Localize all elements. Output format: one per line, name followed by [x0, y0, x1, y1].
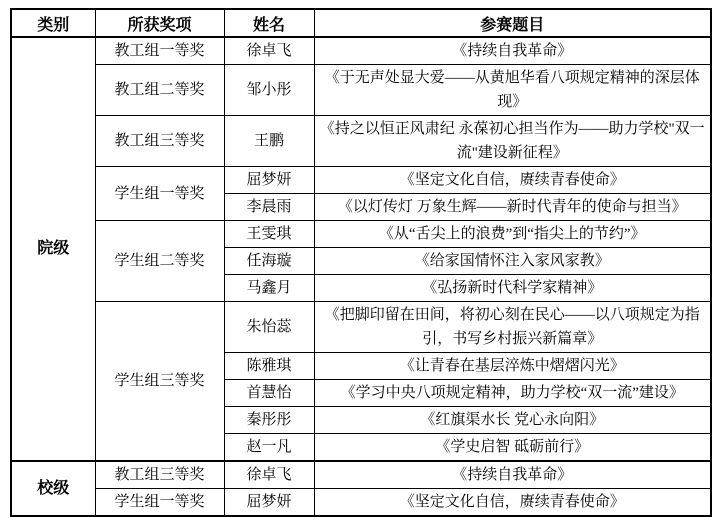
award-cell: 学生组三等奖: [95, 302, 224, 462]
name-cell: 秦彤彤: [224, 407, 314, 434]
name-cell: 屈梦妍: [224, 489, 314, 517]
name-cell: 朱怡蕊: [224, 302, 314, 353]
name-cell: 首慧怡: [224, 380, 314, 407]
award-cell: 教工组二等奖: [95, 65, 224, 116]
header-award: 所获奖项: [95, 9, 224, 37]
award-cell: 学生组二等奖: [95, 221, 224, 302]
topic-cell: 《于无声处显大爱——从黄旭华看八项规定精神的深层体现》: [314, 65, 711, 116]
table-row: 教工组三等奖王鹏《持之以恒正风肃纪 永葆初心担当作为——助力学校"双一流"建设新…: [11, 116, 711, 167]
name-cell: 王鹏: [224, 116, 314, 167]
topic-cell: 《坚定文化自信，赓续青春使命》: [314, 489, 711, 517]
topic-cell: 《学史启智 砥砺前行》: [314, 434, 711, 462]
table-row: 学生组一等奖屈梦妍《坚定文化自信，赓续青春使命》: [11, 167, 711, 194]
header-topic: 参赛题目: [314, 9, 711, 37]
table-row: 学生组三等奖朱怡蕊《把脚印留在田间，将初心刻在民心——以八项规定为指引，书写乡村…: [11, 302, 711, 353]
name-cell: 任海璇: [224, 248, 314, 275]
name-cell: 赵一凡: [224, 434, 314, 462]
table-row: 教工组二等奖邹小彤《于无声处显大爱——从黄旭华看八项规定精神的深层体现》: [11, 65, 711, 116]
topic-cell: 《弘扬新时代科学家精神》: [314, 275, 711, 302]
topic-cell: 《学习中央八项规定精神，助力学校“双一流”建设》: [314, 380, 711, 407]
table-header: 类别 所获奖项 姓名 参赛题目: [11, 9, 711, 37]
category-cell: 校级: [11, 461, 95, 516]
topic-cell: 《从“舌尖上的浪费”到“指尖上的节约”》: [314, 221, 711, 248]
award-cell: 教工组三等奖: [95, 116, 224, 167]
award-cell: 学生组一等奖: [95, 167, 224, 221]
name-cell: 屈梦妍: [224, 167, 314, 194]
award-table: 类别 所获奖项 姓名 参赛题目 院级教工组一等奖徐卓飞《持续自我革命》教工组二等…: [10, 8, 712, 517]
name-cell: 陈雅琪: [224, 353, 314, 380]
award-cell: 教工组一等奖: [95, 37, 224, 65]
category-cell: 院级: [11, 37, 95, 461]
topic-cell: 《以灯传灯 万象生辉——新时代青年的使命与担当》: [314, 194, 711, 221]
award-cell: 学生组一等奖: [95, 489, 224, 517]
topic-cell: 《让青春在基层淬炼中熠熠闪光》: [314, 353, 711, 380]
topic-cell: 《持续自我革命》: [314, 37, 711, 65]
topic-cell: 《坚定文化自信，赓续青春使命》: [314, 167, 711, 194]
table-row: 院级教工组一等奖徐卓飞《持续自我革命》: [11, 37, 711, 65]
topic-cell: 《把脚印留在田间，将初心刻在民心——以八项规定为指引，书写乡村振兴新篇章》: [314, 302, 711, 353]
topic-cell: 《持续自我革命》: [314, 461, 711, 489]
name-cell: 李晨雨: [224, 194, 314, 221]
table-row: 校级教工组三等奖徐卓飞《持续自我革命》: [11, 461, 711, 489]
table-row: 学生组二等奖王雯琪《从“舌尖上的浪费”到“指尖上的节约”》: [11, 221, 711, 248]
name-cell: 徐卓飞: [224, 461, 314, 489]
header-name: 姓名: [224, 9, 314, 37]
name-cell: 王雯琪: [224, 221, 314, 248]
name-cell: 徐卓飞: [224, 37, 314, 65]
topic-cell: 《红旗渠水长 党心永向阳》: [314, 407, 711, 434]
name-cell: 邹小彤: [224, 65, 314, 116]
award-cell: 教工组三等奖: [95, 461, 224, 489]
table-row: 学生组一等奖屈梦妍《坚定文化自信，赓续青春使命》: [11, 489, 711, 517]
table-body: 院级教工组一等奖徐卓飞《持续自我革命》教工组二等奖邹小彤《于无声处显大爱——从黄…: [11, 37, 711, 516]
topic-cell: 《给家国情怀注入家风家教》: [314, 248, 711, 275]
topic-cell: 《持之以恒正风肃纪 永葆初心担当作为——助力学校"双一流"建设新征程》: [314, 116, 711, 167]
document-page: 类别 所获奖项 姓名 参赛题目 院级教工组一等奖徐卓飞《持续自我革命》教工组二等…: [0, 0, 720, 517]
header-row: 类别 所获奖项 姓名 参赛题目: [11, 9, 711, 37]
header-category: 类别: [11, 9, 95, 37]
name-cell: 马鑫月: [224, 275, 314, 302]
